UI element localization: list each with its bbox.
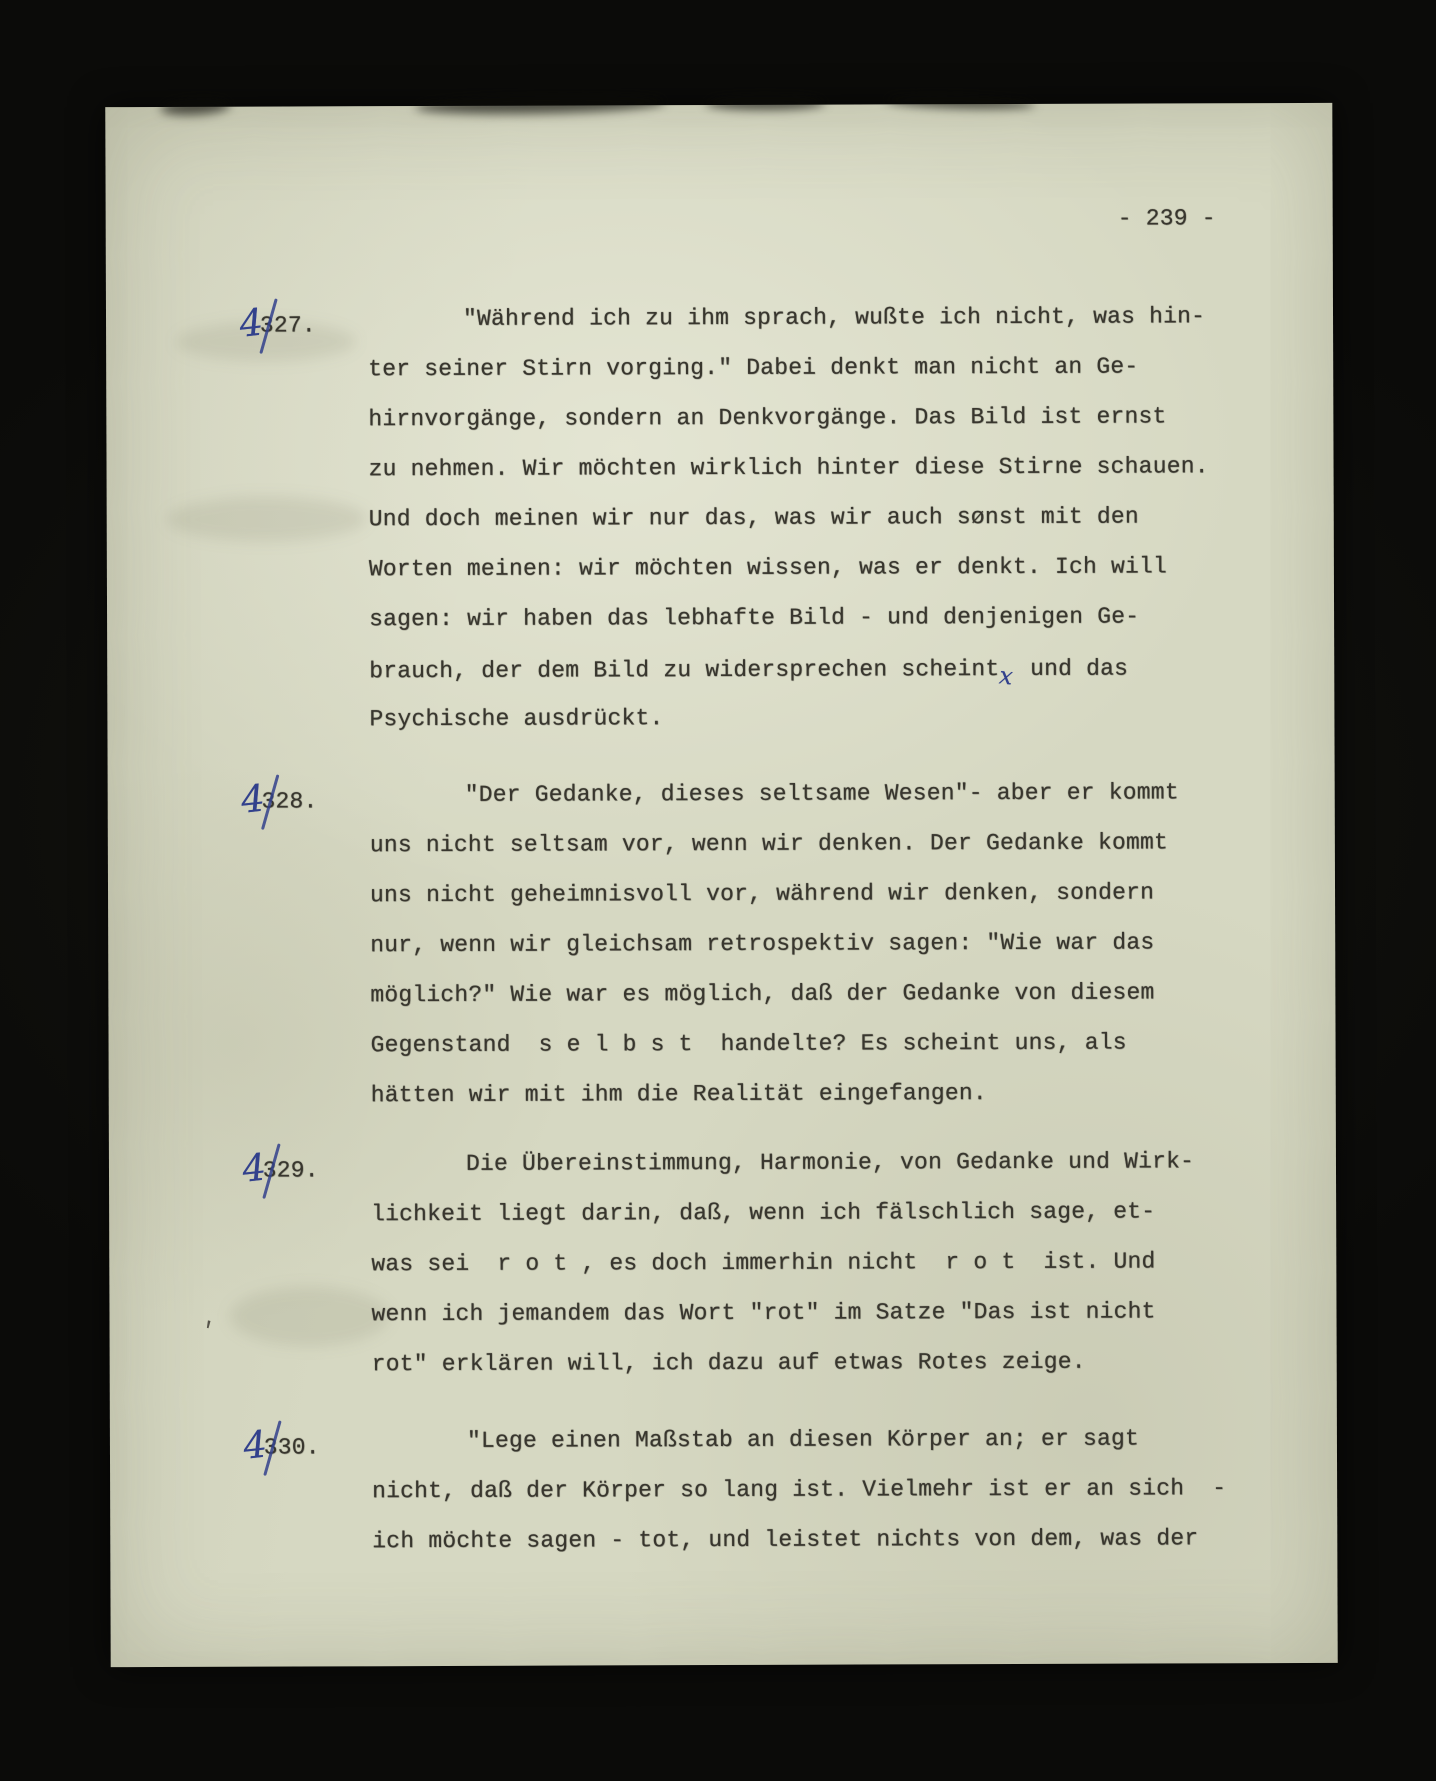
text-line: Worten meinen: wir möchten wissen, was e… — [369, 541, 1334, 594]
text-line: Psychische ausdrückt. — [369, 691, 1334, 744]
text-line: "Lege einen Maßstab an diesen Körper an;… — [372, 1413, 1337, 1466]
text-line: uns nicht seltsam vor, wenn wir denken. … — [370, 817, 1335, 870]
text-line: ich möchte sagen - tot, und leistet nich… — [372, 1513, 1337, 1566]
text-line: "Der Gedanke, dieses seltsame Wesen"- ab… — [370, 767, 1335, 820]
text-line: nur, wenn wir gleichsam retrospektiv sag… — [370, 917, 1335, 970]
text-line: hirnvorgänge, sondern an Denkvorgänge. D… — [368, 391, 1333, 444]
struck-typed-digit: 3 — [261, 777, 275, 827]
text-line: nicht, daß der Körper so lang ist. Vielm… — [372, 1463, 1337, 1516]
text-line: Und doch meinen wir nur das, was wir auc… — [369, 491, 1334, 544]
remark-section-428: 4328."Der Gedanke, dieses seltsame Wesen… — [108, 767, 1336, 1121]
text-line: sagen: wir haben das lebhafte Bild - und… — [369, 591, 1334, 644]
remark-section-427: 4327."Während ich zu ihm sprach, wußte i… — [106, 291, 1335, 745]
struck-typed-digit: 3 — [263, 1146, 277, 1196]
text-sections: 4327."Während ich zu ihm sprach, wußte i… — [105, 103, 1337, 1667]
typescript-page: - 239 - ' 4327."Während ich zu ihm sprac… — [105, 103, 1337, 1667]
text-line: was sei r o t , es doch immerhin nicht r… — [371, 1236, 1336, 1289]
typed-number-suffix: 29. — [277, 1157, 319, 1183]
section-number-429: 4329. — [242, 1139, 319, 1189]
text-line: uns nicht geheimnisvoll vor, während wir… — [370, 867, 1335, 920]
text-line: brauch, der dem Bild zu widersprechen sc… — [369, 641, 1334, 694]
typed-number-suffix: 28. — [275, 788, 317, 814]
typed-number-suffix: 27. — [274, 312, 316, 338]
remark-section-430: 4330."Lege einen Maßstab an diesen Körpe… — [110, 1413, 1338, 1567]
scan-background: - 239 - ' 4327."Während ich zu ihm sprac… — [0, 0, 1436, 1781]
text-line: "Während ich zu ihm sprach, wußte ich ni… — [368, 291, 1333, 344]
struck-typed-digit: 3 — [264, 1423, 278, 1473]
struck-typed-digit: 3 — [260, 301, 274, 351]
typed-number-suffix: 30. — [278, 1434, 320, 1460]
text-line: rot" erklären will, ich dazu auf etwas R… — [372, 1336, 1337, 1389]
text-line: Die Übereinstimmung, Harmonie, von Gedan… — [371, 1136, 1336, 1189]
section-number-428: 4328. — [241, 770, 318, 820]
text-line: zu nehmen. Wir möchten wirklich hinter d… — [368, 441, 1333, 494]
text-line: hätten wir mit ihm die Realität eingefan… — [371, 1067, 1336, 1120]
text-line: ter seiner Stirn vorging." Dabei denkt m… — [368, 341, 1333, 394]
text-line: lichkeit liegt darin, daß, wenn ich fäls… — [371, 1186, 1336, 1239]
section-number-430: 4330. — [243, 1416, 320, 1466]
remark-section-429: 4329.Die Übereinstimmung, Harmonie, von … — [109, 1136, 1337, 1390]
text-line: Gegenstand s e l b s t handelte? Es sche… — [370, 1017, 1335, 1070]
section-number-427: 4327. — [239, 294, 316, 344]
text-line: wenn ich jemandem das Wort "rot" im Satz… — [371, 1286, 1336, 1339]
text-line: möglich?" Wie war es möglich, daß der Ge… — [370, 967, 1335, 1020]
